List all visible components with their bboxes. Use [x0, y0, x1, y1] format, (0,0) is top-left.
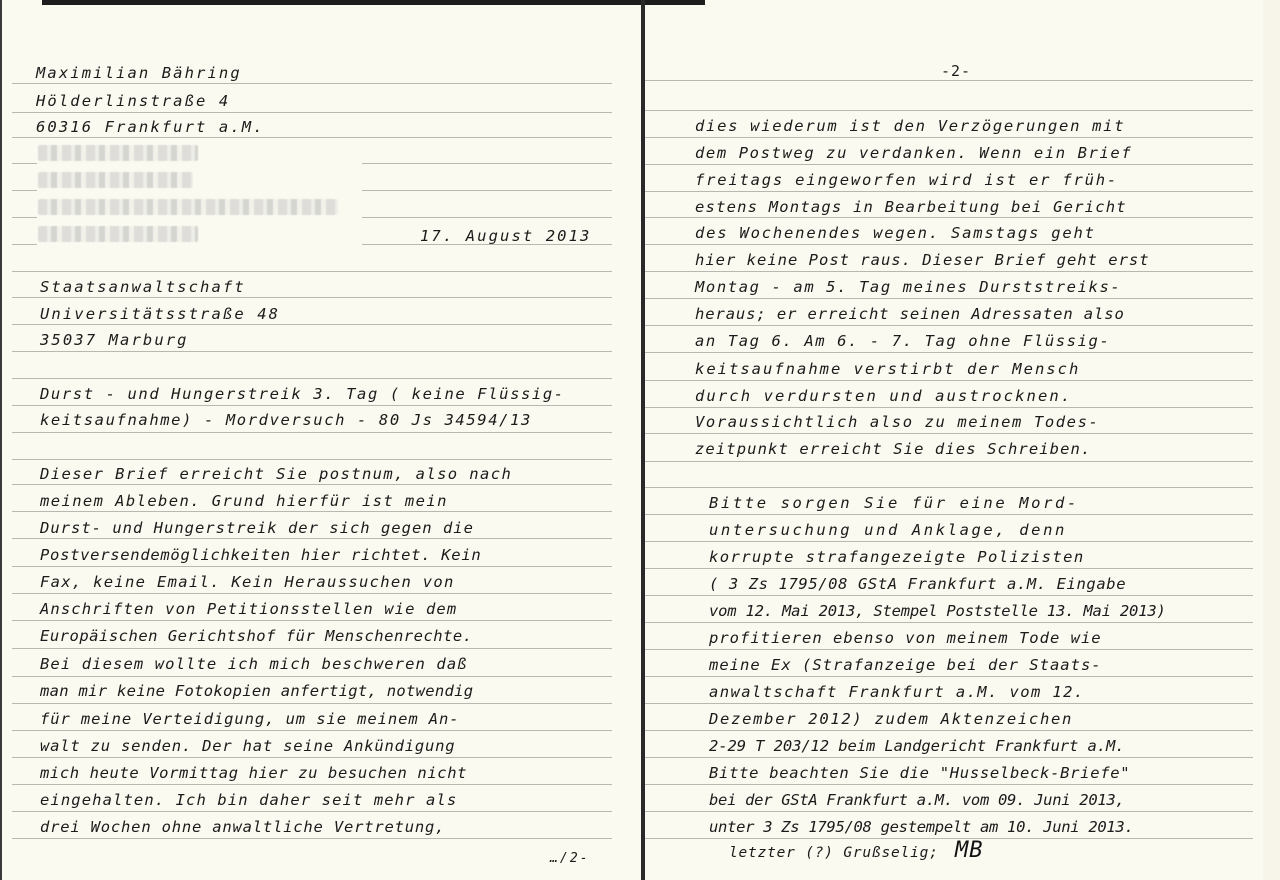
- ruled-line: [645, 676, 1253, 677]
- ruled-line: [12, 538, 612, 539]
- ruled-line: [12, 378, 612, 379]
- body-line: man mir keine Fotokopien anfertigt, notw…: [40, 682, 473, 700]
- body-line: 2-29 T 203/12 beim Landgericht Frankfurt…: [709, 737, 1124, 755]
- ruled-line: [645, 325, 1253, 326]
- body-line: Durst- und Hungerstreik der sich gegen d…: [40, 519, 474, 537]
- body-line: Montag - am 5. Tag meines Durststreiks-: [695, 278, 1121, 296]
- body-line: durch verdursten und austrocknen.: [695, 387, 1072, 405]
- ruled-line: [12, 432, 612, 433]
- ruled-line: [12, 811, 612, 812]
- ruled-line: [645, 380, 1253, 381]
- body-line: walt zu senden. Der hat seine Ankündigun…: [40, 737, 455, 755]
- ruled-line: [645, 541, 1253, 542]
- ruled-line: [12, 784, 612, 785]
- ruled-line: [12, 620, 612, 621]
- body-line: estens Montags in Bearbeitung bei Gerich…: [695, 198, 1127, 216]
- body-line: Anschriften von Petitionsstellen wie dem: [40, 600, 457, 618]
- ruled-line: [12, 217, 37, 218]
- letter-page-1: Maximilian Bähring Hölderlinstraße 4 603…: [0, 0, 643, 880]
- paper-edge-strip: [1263, 0, 1280, 880]
- page-number: -2-: [941, 62, 971, 80]
- recipient-city: 35037 Marburg: [40, 331, 189, 349]
- body-line: Dieser Brief erreicht Sie postnum, also …: [40, 465, 512, 483]
- sender-city: 60316 Frankfurt a.M.: [36, 118, 265, 136]
- ruled-line: [12, 244, 37, 245]
- continuation-mark: …/2-: [550, 851, 590, 866]
- ruled-line: [645, 433, 1253, 434]
- ruled-line: [645, 838, 1253, 839]
- ruled-line: [645, 487, 1253, 488]
- ruled-line: [645, 784, 1253, 785]
- body-line: Bitte beachten Sie die "Husselbeck-Brief…: [709, 764, 1130, 782]
- body-line: Europäischen Gerichtshof für Menschenrec…: [40, 627, 473, 645]
- ruled-line: [12, 459, 612, 460]
- recipient-name: Staatsanwaltschaft: [40, 278, 246, 296]
- body-line: heraus; er erreicht seinen Adressaten al…: [695, 305, 1125, 323]
- ruled-line: [645, 757, 1253, 758]
- ruled-line: [12, 351, 612, 352]
- sender-name: Maximilian Bähring: [36, 64, 242, 82]
- body-line: unter 3 Zs 1795/08 gestempelt am 10. Jun…: [709, 818, 1134, 836]
- letter-date: 17. August 2013: [420, 227, 591, 245]
- body-line: drei Wochen ohne anwaltliche Vertretung,: [40, 818, 445, 836]
- body-line: anwaltschaft Frankfurt a.M. vom 12.: [709, 683, 1085, 701]
- ruled-line: [362, 163, 612, 164]
- ruled-line: [645, 298, 1253, 299]
- ruled-line: [12, 511, 612, 512]
- ruled-line: [12, 703, 612, 704]
- letter-page-2: -2- dies wiederum ist den Verzögerungen …: [645, 0, 1263, 880]
- body-line: Bei diesem wollte ich mich beschweren da…: [40, 655, 468, 673]
- sender-street: Hölderlinstraße 4: [36, 92, 230, 110]
- ruled-line: [645, 568, 1253, 569]
- body-line: Dezember 2012) zudem Aktenzeichen: [709, 710, 1073, 728]
- ruled-line: [645, 649, 1253, 650]
- body-line: dies wiederum ist den Verzögerungen mit: [695, 117, 1125, 135]
- page-edge-shadow: [645, 0, 705, 5]
- redacted-address-line: [38, 199, 338, 215]
- body-line: korrupte strafangezeigte Polizisten: [709, 548, 1085, 566]
- body-line: profitieren ebenso von meinem Tode wie: [709, 629, 1102, 647]
- body-line: keitsaufnahme verstirbt der Mensch: [695, 360, 1080, 378]
- body-line: meinem Ableben. Grund hierfür ist mein: [40, 492, 448, 510]
- body-line: an Tag 6. Am 6. - 7. Tag ohne Flüssig-: [695, 332, 1110, 350]
- ruled-line: [12, 163, 37, 164]
- body-line: ( 3 Zs 1795/08 GStA Frankfurt a.M. Einga…: [709, 575, 1126, 593]
- ruled-line: [645, 703, 1253, 704]
- ruled-line: [645, 80, 1253, 81]
- ruled-line: [12, 757, 612, 758]
- ruled-line: [645, 352, 1253, 353]
- ruled-line: [645, 191, 1253, 192]
- closing-line: letzter (?) Grußselig;: [729, 845, 939, 861]
- ruled-line: [645, 110, 1253, 111]
- body-line: untersuchung und Anklage, denn: [709, 521, 1067, 539]
- page-edge-shadow: [42, 0, 642, 5]
- ruled-line: [12, 730, 612, 731]
- ruled-line: [645, 461, 1253, 462]
- ruled-line: [12, 838, 612, 839]
- ruled-line: [645, 271, 1253, 272]
- body-line: Voraussichtlich also zu meinem Todes-: [695, 413, 1099, 431]
- ruled-line: [362, 217, 612, 218]
- ruled-line: [12, 190, 37, 191]
- body-line: hier keine Post raus. Dieser Brief geht …: [695, 251, 1150, 269]
- ruled-line: [645, 137, 1253, 138]
- body-line: eingehalten. Ich bin daher seit mehr als: [40, 791, 457, 809]
- ruled-line: [645, 514, 1253, 515]
- ruled-line: [645, 244, 1253, 245]
- ruled-line: [12, 593, 612, 594]
- ruled-line: [12, 676, 612, 677]
- ruled-line: [12, 83, 612, 84]
- ruled-line: [645, 407, 1253, 408]
- ruled-line: [645, 164, 1253, 165]
- body-line: meine Ex (Strafanzeige bei der Staats-: [709, 656, 1102, 674]
- redacted-address-line: [38, 145, 198, 161]
- recipient-street: Universitätsstraße 48: [40, 305, 280, 323]
- body-line: des Wochenendes wegen. Samstags geht: [695, 224, 1096, 242]
- redacted-address-line: [38, 172, 193, 188]
- ruled-line: [645, 217, 1253, 218]
- signature: MB: [955, 838, 984, 863]
- ruled-line: [12, 405, 612, 406]
- body-line: Bitte sorgen Sie für eine Mord-: [709, 494, 1079, 512]
- subject-line: Durst - und Hungerstreik 3. Tag ( keine …: [40, 385, 565, 403]
- body-line: bei der GStA Frankfurt a.M. vom 09. Juni…: [709, 791, 1124, 809]
- ruled-line: [12, 324, 612, 325]
- ruled-line: [12, 137, 612, 138]
- body-line: dem Postweg zu verdanken. Wenn ein Brief: [695, 144, 1132, 162]
- body-line: freitags eingeworfen wird ist er früh-: [695, 171, 1118, 189]
- ruled-line: [645, 595, 1253, 596]
- ruled-line: [12, 566, 612, 567]
- ruled-line: [12, 484, 612, 485]
- body-line: Fax, keine Email. Kein Heraussuchen von: [40, 573, 455, 591]
- body-line: vom 12. Mai 2013, Stempel Poststelle 13.…: [709, 602, 1166, 620]
- body-line: Postversendemöglichkeiten hier richtet. …: [40, 546, 481, 564]
- ruled-line: [12, 297, 612, 298]
- ruled-line: [12, 271, 612, 272]
- body-line: mich heute Vormittag hier zu besuchen ni…: [40, 764, 467, 782]
- ruled-line: [12, 112, 612, 113]
- ruled-line: [645, 730, 1253, 731]
- ruled-line: [645, 622, 1253, 623]
- ruled-line: [645, 811, 1253, 812]
- redacted-address-line: [38, 226, 198, 242]
- ruled-line: [362, 190, 612, 191]
- body-line: für meine Verteidigung, um sie meinem An…: [40, 710, 460, 728]
- ruled-line: [12, 648, 612, 649]
- body-line: zeitpunkt erreicht Sie dies Schreiben.: [695, 440, 1091, 458]
- subject-line: keitsaufnahme) - Mordversuch - 80 Js 345…: [40, 411, 532, 429]
